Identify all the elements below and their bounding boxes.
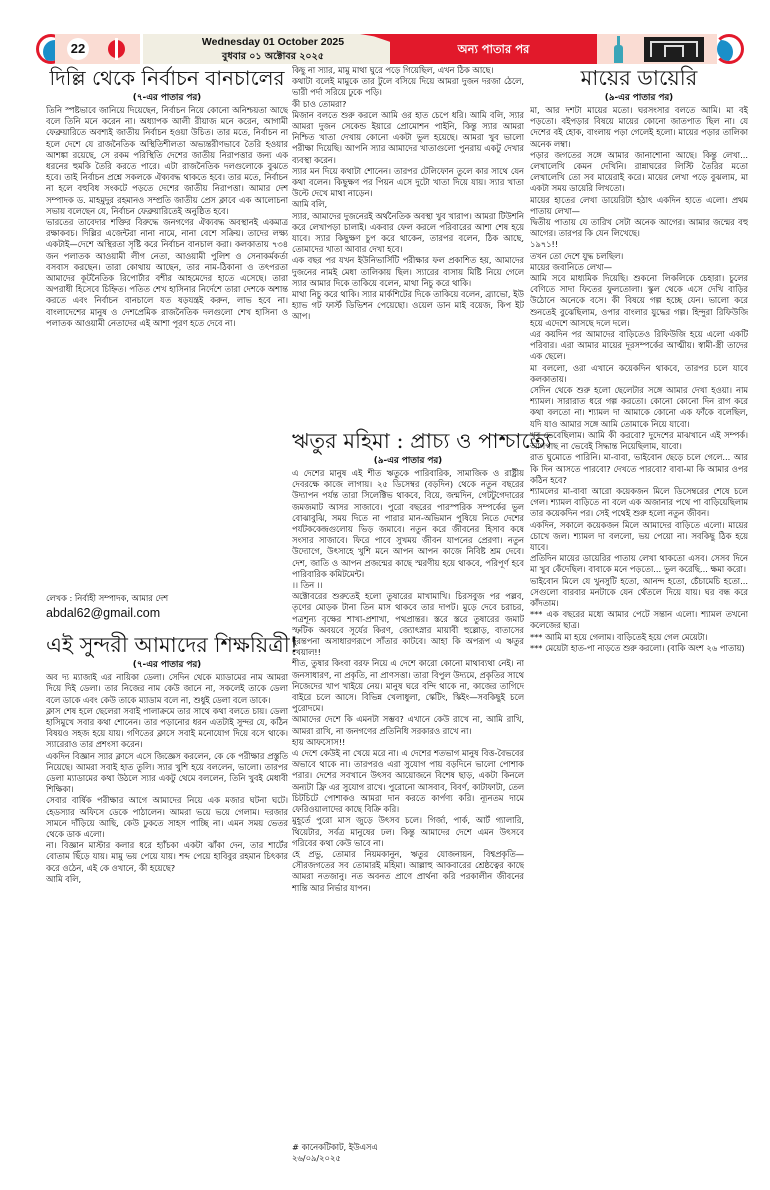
paragraph: একদিন বিজ্ঞান স্যার ক্লাসে এসে জিজ্ঞেস ক… xyxy=(46,751,288,796)
paragraph: ভাইবোন মিলে যে খুনসুটি হতো, আনন্দ হতো, চ… xyxy=(530,576,748,610)
paragraph: আমি বলি, xyxy=(46,874,288,885)
continued-note: (৯-এর পাতার পর) xyxy=(530,92,748,104)
paragraph: মায়ের হাতের লেখা ডায়েরিটা হঠাৎ একদিন হ… xyxy=(530,195,748,217)
paragraph: প্রতিদিন মায়ের ডায়েরির পাতায় লেখা থাক… xyxy=(530,553,748,575)
paragraph: একদিন, সকালে কয়েকজন মিলে আমাদের বাড়িতে… xyxy=(530,520,748,554)
right-decorative-arc xyxy=(714,34,744,64)
paragraph: ক্লাস শেষ হলে ছেলেরা সবাই পালাক্রমে তার … xyxy=(46,706,288,751)
statue-of-liberty-icon xyxy=(612,36,626,63)
paragraph: স্যার, আমাদের দুজনেরই অর্থনৈতিক অবস্থা খ… xyxy=(292,211,524,256)
headline-season: ঋতুর মহিমা : প্রাচ্য ও পাশ্চাত্যে xyxy=(292,427,524,455)
date-panel: Wednesday 01 October 2025 বুধবার ০১ অক্ট… xyxy=(143,34,403,64)
paragraph: কথাটা বলেই মামুকে তার টুলে বসিয়ে দিয়ে … xyxy=(292,76,524,98)
article-body: মা, আর দশটা মায়ের মতো। ঘরসংসার বলতে আমি… xyxy=(530,105,748,1170)
continued-on-page-note: *** মেয়েটা হাত-পা নাড়তে শুরু করলো। (বা… xyxy=(530,643,748,654)
article-delhi: দিল্লি থেকে নির্বাচন বানচালের (৭-এর পাতা… xyxy=(46,64,288,621)
paragraph: মুহূর্তে পুরো মাস জুড়ে উৎসব চলে। গির্জা… xyxy=(292,815,524,849)
paragraph: সেবার বার্ষিক পরীক্ষার আগে আমাদের নিয়ে … xyxy=(46,795,288,840)
paragraph: ১৯৭১!! xyxy=(530,239,748,250)
headline-delhi: দিল্লি থেকে নির্বাচন বানচালের xyxy=(46,64,288,92)
article-diary: মায়ের ডায়েরি (৯-এর পাতার পর) মা, আর দশ… xyxy=(530,64,748,1170)
page-number: 22 xyxy=(67,38,89,60)
paragraph: আমি বলি, xyxy=(292,199,524,210)
paragraph: মায়ের জবানিতে লেখা— xyxy=(530,262,748,273)
newspaper-logo xyxy=(644,37,704,62)
paragraph: তখন তো দেশে যুদ্ধ চলছিল। xyxy=(530,251,748,262)
article-body: এ দেশের মানুষ এই শীত ঋতুকে পারিবারিক, সা… xyxy=(292,468,524,1140)
paragraph: তিনি স্পষ্টভাবে জানিয়ে দিয়েছেন, নির্বা… xyxy=(46,105,288,217)
date-english: Wednesday 01 October 2025 xyxy=(143,36,403,48)
paragraph: এ দেশে কেউই না খেয়ে মরে না। এ দেশের শতভ… xyxy=(292,748,524,815)
paragraph: হে প্রভু, তোমার নিয়মকানুন, ঋতুর যোজনায়… xyxy=(292,849,524,894)
paragraph: মিজান বলতে শুরু করলে আমি ওর হাত চেপে ধরি… xyxy=(292,110,524,166)
article-body: অব দ্য ম্যাজাই এর নায়িকা ডেলা। সেদিন থে… xyxy=(46,672,288,1090)
paragraph: ভারতের তাবেদার শক্তির বিরুদ্ধে জনগণের ঐক… xyxy=(46,217,288,329)
section-title: অন্য পাতার পর xyxy=(390,41,597,60)
paragraph: এ দেশের মানুষ এই শীত ঋতুকে পারিবারিক, সা… xyxy=(292,468,524,580)
paragraph: সেদিন থেকে শুরু হলো ছেলেটার সঙ্গে আমার দ… xyxy=(530,385,748,430)
paragraph: আমি সবে মাধ্যমিক দিয়েছি। শুকনো লিকলিকে … xyxy=(530,273,748,329)
lantern-icon xyxy=(108,38,125,60)
paragraph: কী চাও তোমরা? xyxy=(292,99,524,110)
continued-note: (৭-এর পাতার পর) xyxy=(46,92,288,104)
paragraph: মা, আর দশটা মায়ের মতো। ঘরসংসার বলতে আমি… xyxy=(530,105,748,150)
paragraph: পড়ার জগতের সঙ্গে আমার জানাশোনা আছে। কিন… xyxy=(530,150,748,195)
headline-teacher: এই সুন্দরী আমাদের শিক্ষয়িত্রী! xyxy=(46,631,288,659)
article-teacher: এই সুন্দরী আমাদের শিক্ষয়িত্রী! (৭-এর পা… xyxy=(46,631,288,1090)
page-masthead: 22 Wednesday 01 October 2025 বুধবার ০১ অ… xyxy=(0,34,770,64)
signoff-place: # কানেকটিকাট, ইউএসএ xyxy=(292,1142,524,1153)
paragraph: মাথা নিচু করে থাকি। স্যার মার্কশিটের দিক… xyxy=(292,289,524,323)
paragraph: না। বিজ্ঞান মাস্টার কলার ধরে হ্যাঁচকা এক… xyxy=(46,840,288,874)
author-line: লেখক : নির্বাহী সম্পাদক, আমার দেশ xyxy=(46,593,288,604)
paragraph: *** এক বছরের মধ্যে আমার পেটে সন্তান এলো।… xyxy=(530,609,748,631)
right-column: মায়ের ডায়েরি (৯-এর পাতার পর) মা, আর দশ… xyxy=(530,64,748,1170)
paragraph: রাত ঘুমোতে পারিনি। মা-বাবা, ভাইবোন ছেড়ে… xyxy=(530,452,748,486)
section-marker: ।। তিন ।। xyxy=(292,580,524,591)
paragraph: স্যার মন দিয়ে কথাটা শোনেন। তারপর টেলিফো… xyxy=(292,166,524,200)
date-bangla: বুধবার ০১ অক্টোবর ২০২৫ xyxy=(143,50,403,65)
middle-column: কিছু না স্যার, মামু মাথা ঘুরে পড়ে গিয়ে… xyxy=(292,64,524,1164)
section-banner: অন্য পাতার পর xyxy=(390,34,597,64)
paragraph: এর কয়দিন পর আমাদের বাড়িতেও রিফিউজি হয়… xyxy=(530,329,748,363)
author-email[interactable]: abdal62@gmail.com xyxy=(46,606,288,621)
paragraph: হায় আফসোস!! xyxy=(292,737,524,748)
paragraph: দ্বিতীয় পাতায় যে তারিখ সেটা অনেক আগের।… xyxy=(530,217,748,239)
paragraph: আমাদের দেশে কি এমনটা সম্ভব? এখানে কেউ রা… xyxy=(292,714,524,736)
paragraph: শীত, তুষার কিংবা বরফ নিয়ে এ দেশে কারো ক… xyxy=(292,658,524,714)
paragraph: *** আমি মা হয়ে গেলাম। বাড়িতেই হয়ে গেল… xyxy=(530,632,748,643)
continued-note: (৯-এর পাতার পর) xyxy=(292,455,524,467)
paragraph: শ্যামলের মা-বাবা আরো কয়েকজন মিলে ডিসেম্… xyxy=(530,486,748,520)
continued-note: (৭-এর পাতার পর) xyxy=(46,659,288,671)
paragraph: এক বছর পর যখন ইউনিভার্সিটি পরীক্ষার ফল প… xyxy=(292,255,524,289)
paragraph: মা বললো, ওরা এখানে কয়েকদিন থাকবে, তারপর… xyxy=(530,363,748,385)
paragraph: অব দ্য ম্যাজাই এর নায়িকা ডেলা। সেদিন থে… xyxy=(46,672,288,706)
headline-diary: মায়ের ডায়েরি xyxy=(530,64,748,92)
left-column: দিল্লি থেকে নির্বাচন বানচালের (৭-এর পাতা… xyxy=(46,64,288,1090)
paragraph: খুব ভেবেছিলাম। আমি কী করবো? দুদেশের মাঝখ… xyxy=(530,430,748,452)
story-continuation: কিছু না স্যার, মামু মাথা ঘুরে পড়ে গিয়ে… xyxy=(292,65,524,409)
paragraph: অক্টোবরের শুরুতেই হলো তুষারের মাখামাখি। … xyxy=(292,591,524,658)
paragraph: কিছু না স্যার, মামু মাথা ঘুরে পড়ে গিয়ে… xyxy=(292,65,524,76)
article-season: ঋতুর মহিমা : প্রাচ্য ও পাশ্চাত্যে (৯-এর … xyxy=(292,427,524,1164)
article-body: তিনি স্পষ্টভাবে জানিয়ে দিয়েছেন, নির্বা… xyxy=(46,105,288,593)
signoff-date: ২৬/০৯/২০২৫ xyxy=(292,1153,524,1164)
